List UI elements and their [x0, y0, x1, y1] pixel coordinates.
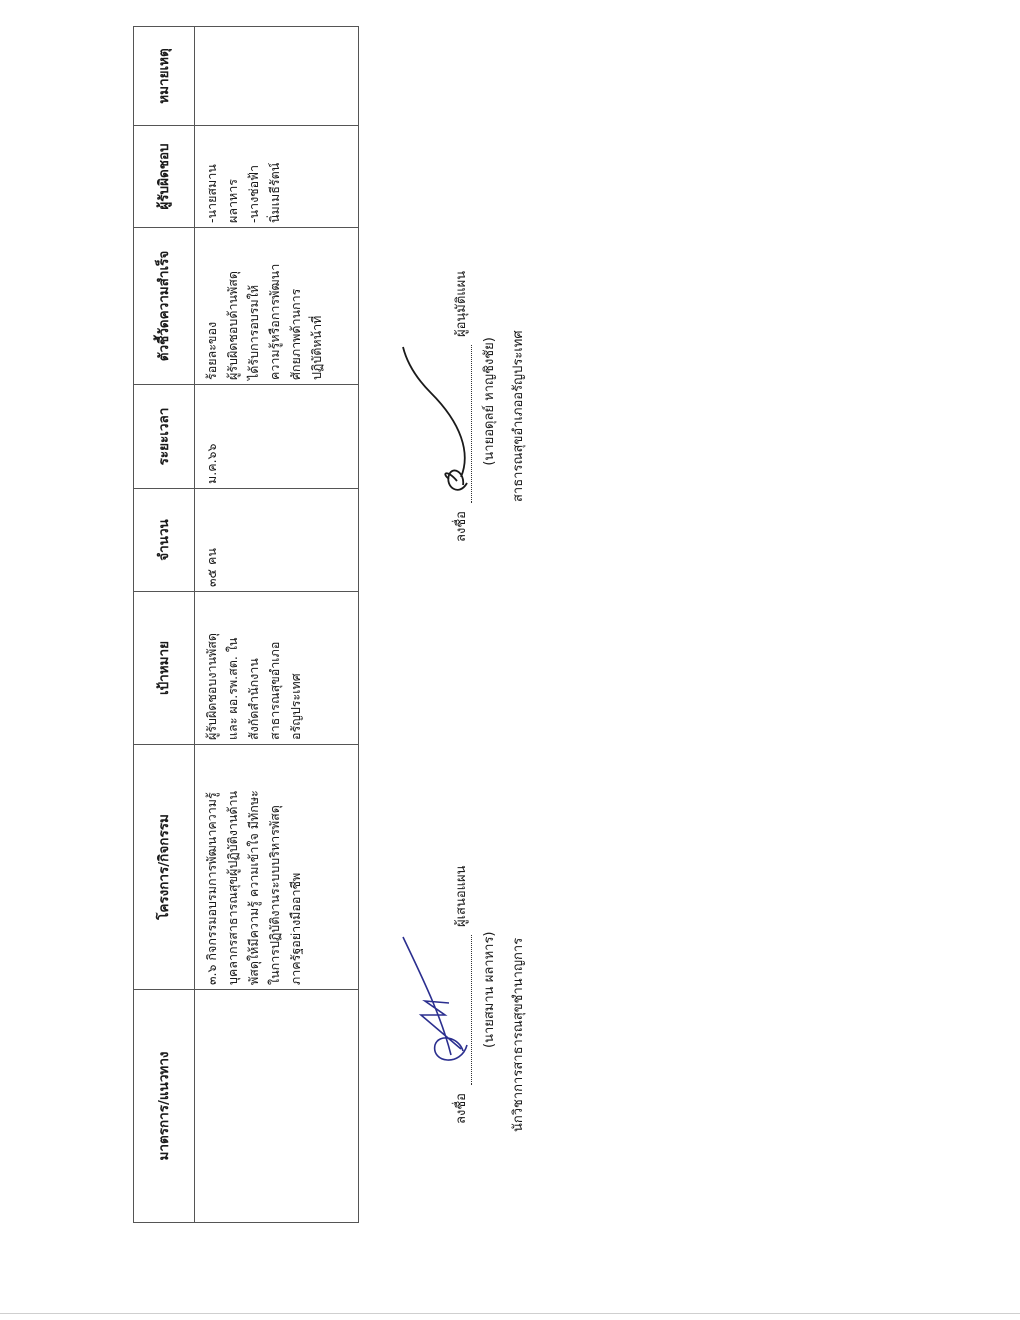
proposer-signature-block: ลงชื่อ ผู้เสนอแผน (นายสมาน ผลาหาร) นักวิ…: [452, 865, 529, 1124]
rotated-document-page: มาตรการ/แนวทาง โครงการ/กิจกรรม เป้าหมาย …: [0, 0, 1020, 1320]
cell-text-line: สังกัดสำนักงาน: [243, 596, 264, 740]
header-measure: มาตรการ/แนวทาง: [134, 990, 195, 1223]
cell-target: ผู้รับผิดชอบงานพัสดุและ ผอ.รพ.สต. ในสังก…: [195, 592, 359, 745]
cell-text-line: ผลาหาร: [222, 130, 243, 223]
cell-text-line: ศักยภาพด้านการ: [285, 232, 306, 380]
cell-text-line: ๓๕ คน: [201, 493, 222, 587]
cell-responsible: -นายสมานผลาหาร-นางช่อฟ้านิ่มเมธีรัตน์: [195, 126, 359, 228]
proposer-name: (นายสมาน ผลาหาร): [480, 865, 500, 1124]
cell-text-line: และ ผอ.รพ.สต. ใน: [222, 596, 243, 740]
proposer-sign-label: ลงชื่อ: [452, 1093, 472, 1124]
cell-text-line: -นางช่อฟ้า: [243, 130, 264, 223]
cell-text-line: ร้อยละของ: [201, 232, 222, 380]
cell-text-line: ๓.๖ กิจกรรมอบรมการพัฒนาความรู้: [201, 749, 222, 985]
proposer-role-label: ผู้เสนอแผน: [452, 865, 472, 927]
cell-text-line: ความรู้หรือการพัฒนา: [264, 232, 285, 380]
header-amount: จำนวน: [134, 489, 195, 592]
cell-text-line: บุคลากรสาธารณสุขผู้ปฏิบัติงานด้าน: [222, 749, 243, 985]
scan-edge-line: [0, 1313, 1020, 1314]
cell-measure: [195, 990, 359, 1223]
proposer-signature-icon: [401, 935, 471, 1085]
cell-remark: [195, 27, 359, 126]
header-project: โครงการ/กิจกรรม: [134, 745, 195, 990]
approver-role-label: ผู้อนุมัติแผน: [452, 271, 472, 337]
cell-text-line: ม.ค.๖๖: [201, 389, 222, 484]
plan-table: มาตรการ/แนวทาง โครงการ/กิจกรรม เป้าหมาย …: [133, 26, 359, 1223]
approver-sign-label: ลงชื่อ: [452, 511, 472, 542]
header-period: ระยะเวลา: [134, 385, 195, 489]
approver-signature-block: ลงชื่อ ผู้อนุมัติแผน (นายอดุลย์ หาญชิงชั…: [452, 271, 529, 542]
approver-name: (นายอดุลย์ หาญชิงชัย): [480, 271, 500, 542]
cell-text-line: -นายสมาน: [201, 130, 222, 223]
proposer-signature-line: [457, 935, 472, 1085]
header-responsible: ผู้รับผิดชอบ: [134, 126, 195, 228]
cell-text-line: พัสดุให้มีความรู้ ความเข้าใจ มีทักษะ: [243, 749, 264, 985]
approver-position: สาธารณสุขอำเภออรัญประเทศ: [509, 271, 529, 502]
approver-signature-line: [457, 345, 472, 503]
cell-period: ม.ค.๖๖: [195, 385, 359, 489]
header-target: เป้าหมาย: [134, 592, 195, 745]
header-indicator: ตัวชี้วัดความสำเร็จ: [134, 228, 195, 385]
table-header-row: มาตรการ/แนวทาง โครงการ/กิจกรรม เป้าหมาย …: [134, 27, 195, 1223]
approver-signature-icon: [401, 343, 471, 503]
cell-text-line: ปฏิบัติหน้าที่: [306, 232, 327, 380]
cell-amount: ๓๕ คน: [195, 489, 359, 592]
cell-text-line: ผู้รับผิดชอบด้านพัสดุ: [222, 232, 243, 380]
cell-text-line: อรัญประเทศ: [285, 596, 306, 740]
cell-indicator: ร้อยละของผู้รับผิดชอบด้านพัสดุได้รับการอ…: [195, 228, 359, 385]
cell-text-line: ได้รับการอบรมให้: [243, 232, 264, 380]
cell-text-line: สาธารณสุขอำเภอ: [264, 596, 285, 740]
header-remark: หมายเหตุ: [134, 27, 195, 126]
cell-text-line: ผู้รับผิดชอบงานพัสดุ: [201, 596, 222, 740]
cell-text-line: ในการปฏิบัติงานระบบบริหารพัสดุ: [264, 749, 285, 985]
cell-project: ๓.๖ กิจกรรมอบรมการพัฒนาความรู้บุคลากรสาธ…: [195, 745, 359, 990]
cell-text-line: ภาครัฐอย่างมืออาชีพ: [285, 749, 306, 985]
table-row: ๓.๖ กิจกรรมอบรมการพัฒนาความรู้บุคลากรสาธ…: [195, 27, 359, 1223]
cell-text-line: นิ่มเมธีรัตน์: [264, 130, 285, 223]
proposer-position: นักวิชาการสาธารณสุขชำนาญการ: [509, 865, 529, 1132]
